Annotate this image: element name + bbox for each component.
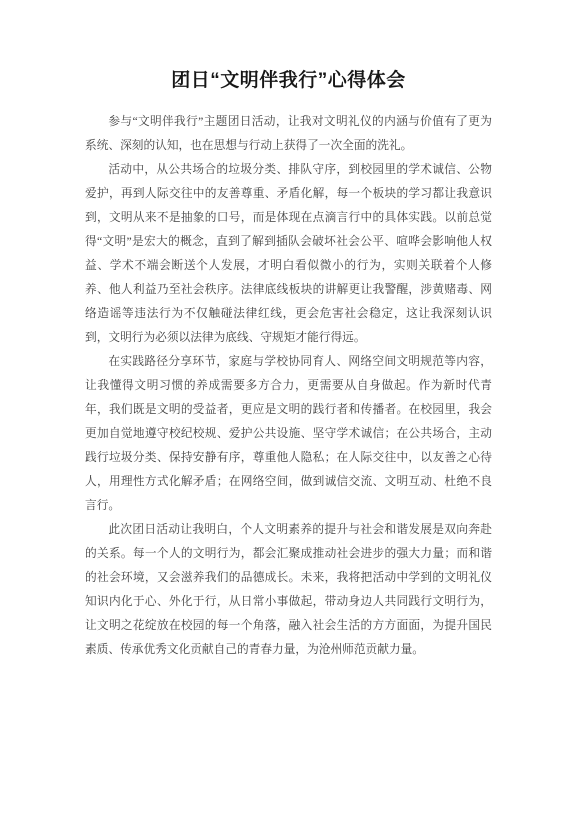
document-page: 团日“文明伴我行”心得体会 参与“文明伴我行”主题团日活动，让我对文明礼仪的内涵…: [0, 0, 576, 815]
paragraph-intro: 参与“文明伴我行”主题团日活动，让我对文明礼仪的内涵与价值有了更为系统、深刻的认…: [85, 110, 492, 158]
paragraph-conclusion: 此次团日活动让我明白，个人文明素养的提升与社会和谐发展是双向奔赴的关系。每一个人…: [85, 518, 492, 662]
document-title: 团日“文明伴我行”心得体会: [85, 68, 492, 93]
document-body: 参与“文明伴我行”主题团日活动，让我对文明礼仪的内涵与价值有了更为系统、深刻的认…: [85, 110, 492, 662]
paragraph-activity-content: 活动中，从公共场合的垃圾分类、排队守序，到校园里的学术诚信、公物爱护，再到人际交…: [85, 158, 492, 350]
paragraph-practice-path: 在实践路径分享环节，家庭与学校协同育人、网络空间文明规范等内容，让我懂得文明习惯…: [85, 350, 492, 518]
